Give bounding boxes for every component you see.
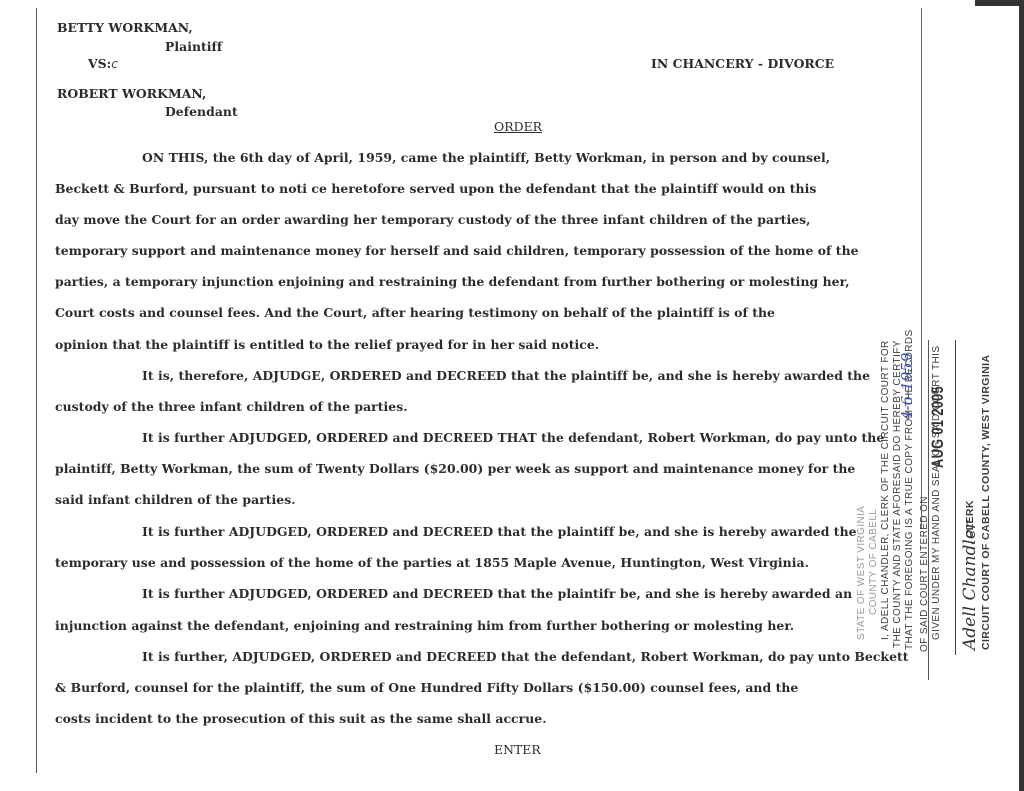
body-line: It is further, ADJUDGED, ORDERED and DEC…: [142, 649, 909, 664]
signature-rule: [955, 340, 956, 655]
document-title: ORDER: [494, 119, 542, 134]
versus-text: VS:: [88, 56, 111, 71]
stamp-county: COUNTY OF CABELL: [868, 509, 879, 615]
scan-edge: [1019, 0, 1024, 791]
defendant-role: Defendant: [165, 104, 238, 119]
stamp-entered-line: OF SAID COURT ENTERED ON: [919, 496, 930, 652]
body-line: opinion that the plaintiff is entitled t…: [55, 337, 599, 352]
body-line: Beckett & Burford, pursuant to noti ce h…: [55, 181, 816, 196]
body-line: It is further ADJUDGED, ORDERED and DECR…: [142, 430, 884, 445]
stamp-state: STATE OF WEST VIRGINIA: [856, 506, 867, 640]
defendant-name: ROBERT WORKMAN,: [57, 86, 206, 101]
body-line: said infant children of the parties.: [55, 492, 296, 507]
stamp-clerk-line: I, ADELL CHANDLER, CLERK OF THE CIRCUIT …: [880, 340, 891, 640]
right-margin-rule: [921, 8, 922, 528]
body-line: temporary support and maintenance money …: [55, 243, 859, 258]
court-label: CIRCUIT COURT OF CABELL COUNTY, WEST VIR…: [980, 355, 992, 650]
scanned-document-page: BETTY WORKMAN, Plaintiff VS:c ROBERT WOR…: [0, 0, 1024, 791]
plaintiff-role: Plaintiff: [165, 39, 222, 54]
body-line: Court costs and counsel fees. And the Co…: [55, 305, 775, 320]
body-line: ON THIS, the 6th day of April, 1959, cam…: [142, 150, 830, 165]
body-line: & Burford, counsel for the plaintiff, th…: [55, 680, 798, 695]
left-margin-rule: [36, 8, 37, 773]
body-line: injunction against the defendant, enjoin…: [55, 618, 794, 633]
enter-label: ENTER: [494, 742, 541, 757]
handwritten-entry-date: 4-6-1959: [898, 353, 916, 420]
body-line: day move the Court for an order awarding…: [55, 212, 811, 227]
body-line: costs incident to the prosecution of thi…: [55, 711, 547, 726]
body-line: custody of the three infant children of …: [55, 399, 408, 414]
body-line: parties, a temporary injunction enjoinin…: [55, 274, 850, 289]
versus-label: VS:c: [88, 56, 118, 71]
certification-date-stamp: AUG 01 2005: [928, 386, 948, 468]
case-type: IN CHANCERY - DIVORCE: [651, 56, 834, 71]
body-line: It is further ADJUDGED, ORDERED and DECR…: [142, 524, 857, 539]
clerk-label: , CLERK: [964, 500, 976, 545]
body-line: It is, therefore, ADJUDGE, ORDERED and D…: [142, 368, 870, 383]
plaintiff-name: BETTY WORKMAN,: [57, 20, 193, 35]
body-line: temporary use and possession of the home…: [55, 555, 809, 570]
body-line: It is further ADJUDGED, ORDERED and DECR…: [142, 586, 852, 601]
handwritten-mark: c: [111, 56, 118, 71]
scan-edge-top: [975, 0, 1024, 6]
body-line: plaintiff, Betty Workman, the sum of Twe…: [55, 461, 855, 476]
